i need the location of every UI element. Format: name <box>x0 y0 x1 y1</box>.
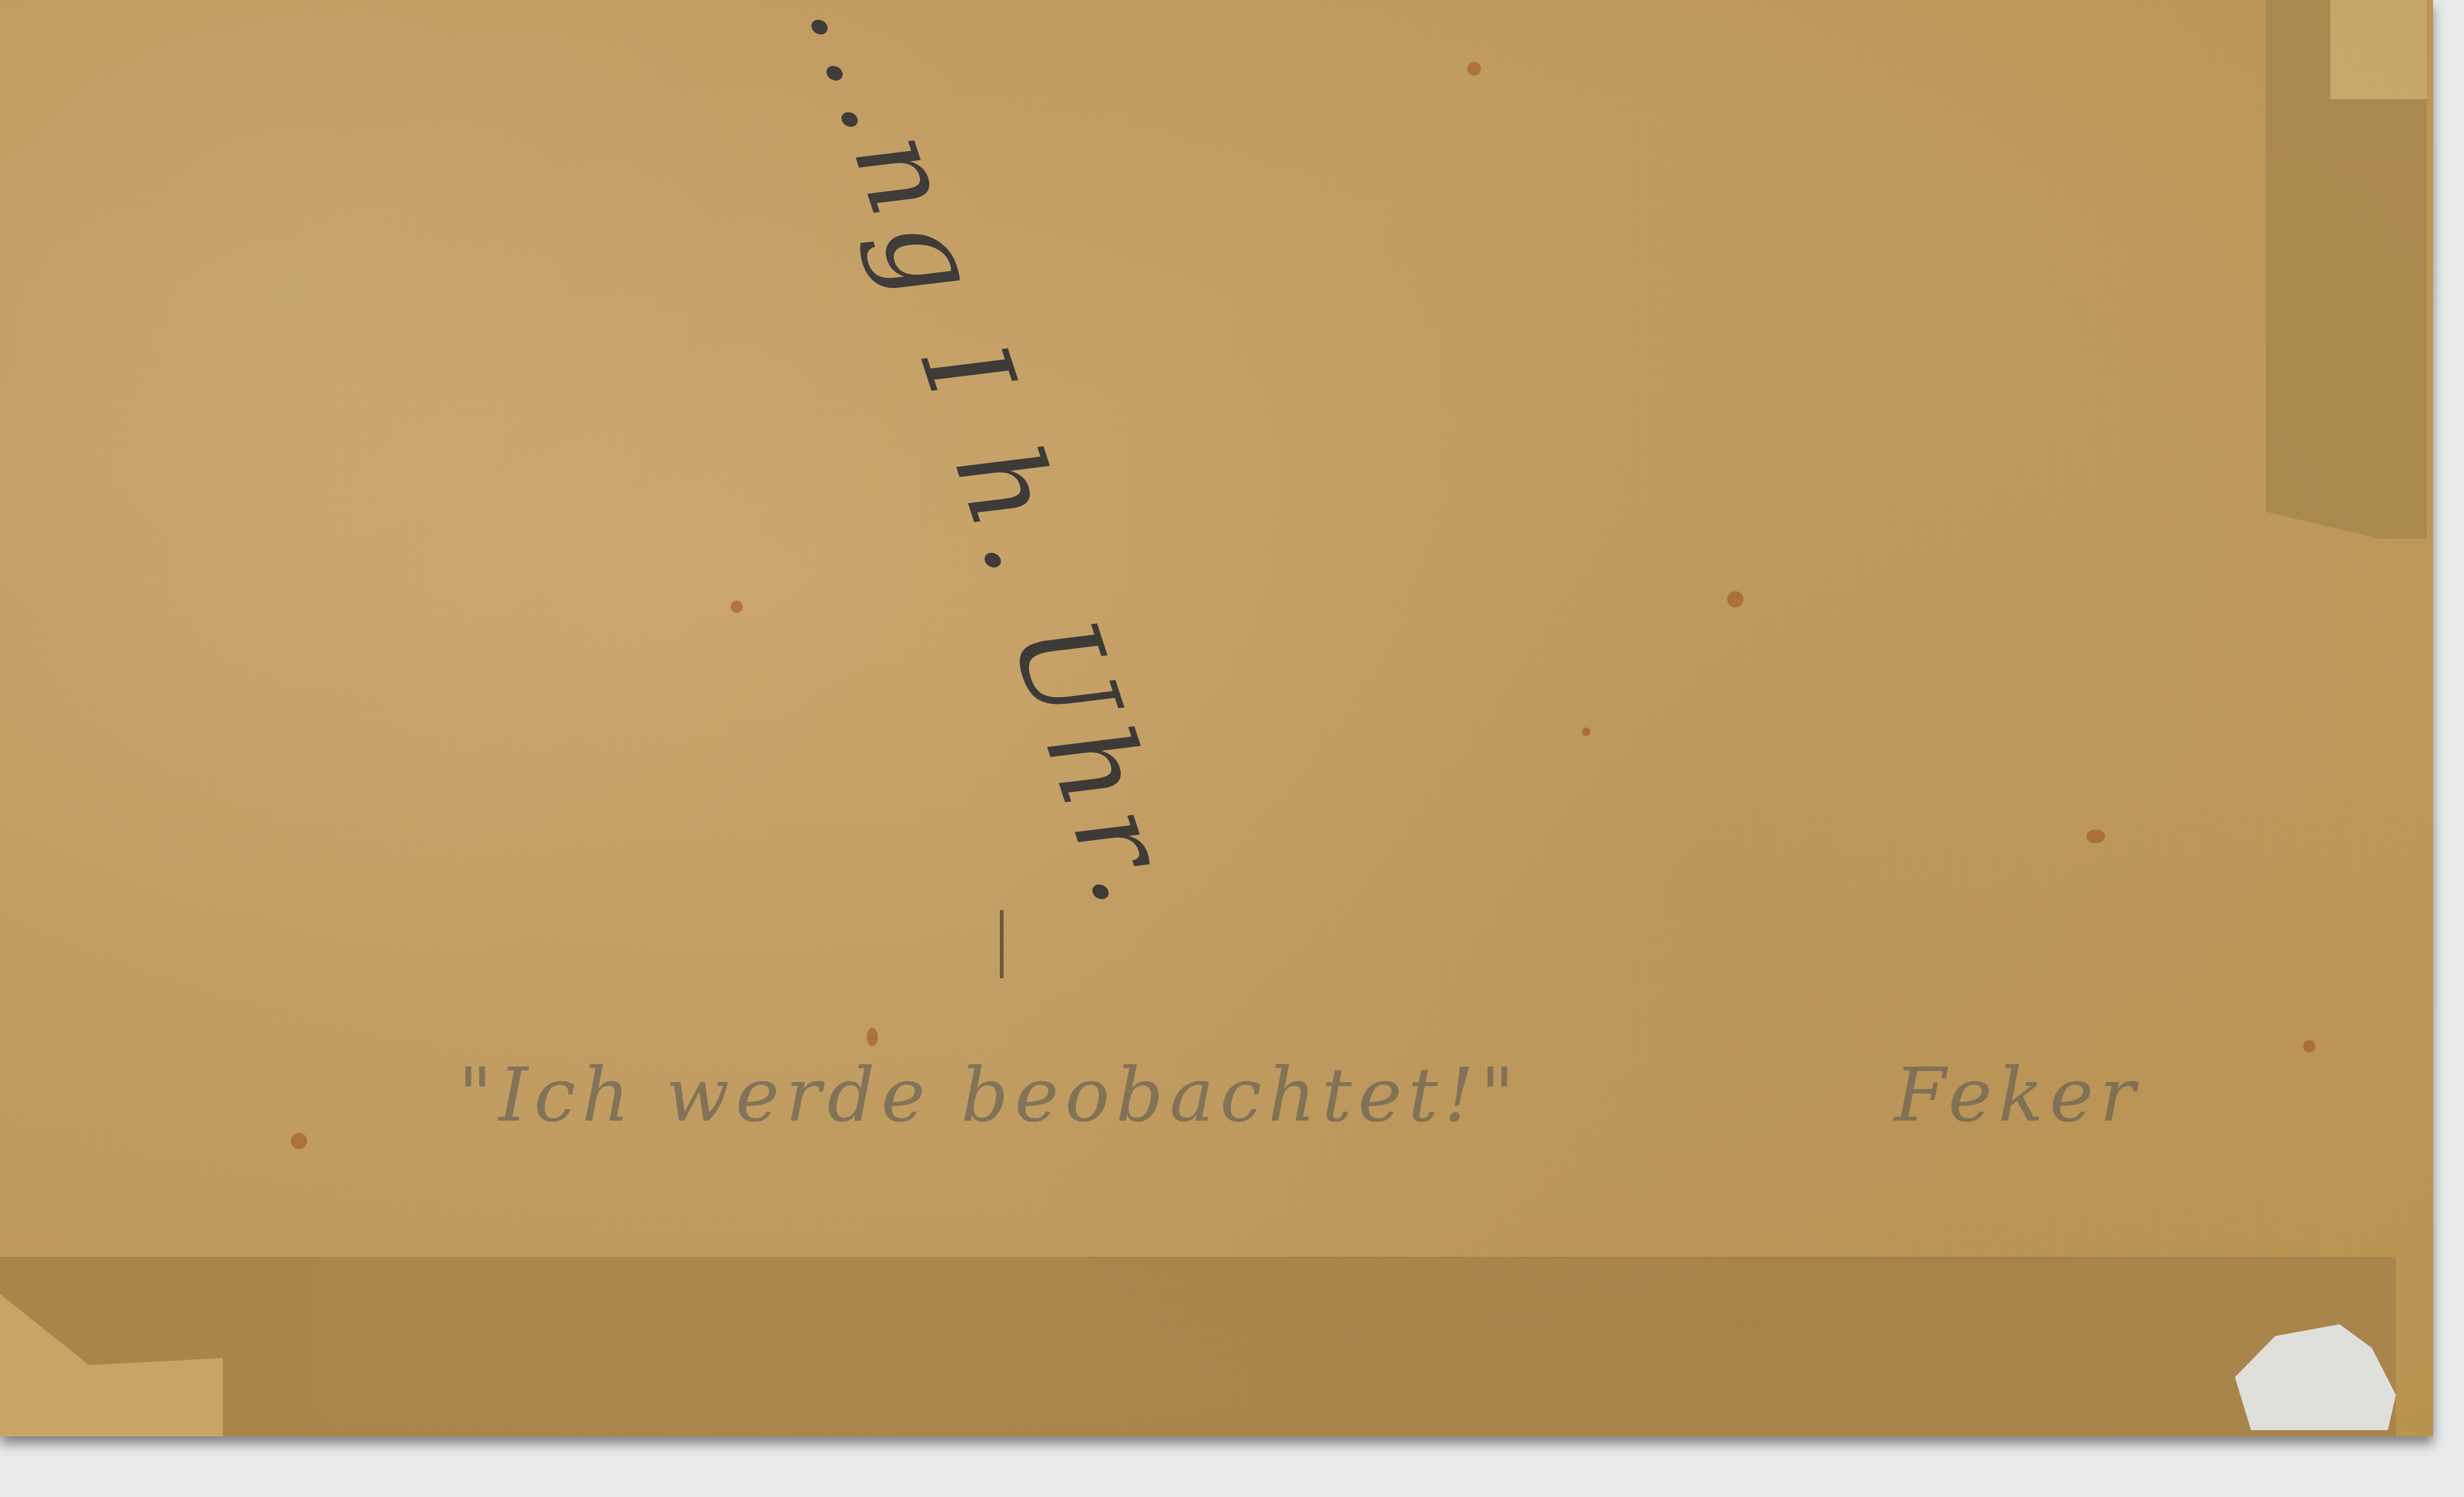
foxing-spot <box>2303 1040 2315 1052</box>
paper-tape-right-edge <box>2266 0 2427 539</box>
paper-nick <box>1000 910 1004 978</box>
foxing-spot <box>1467 62 1481 76</box>
pencil-vertical-note: ...ng I h. Uhr. <box>781 0 1207 931</box>
foxing-spot <box>731 601 743 613</box>
pencil-signature: Feker <box>1894 1052 2141 1139</box>
foxing-spot <box>867 1028 878 1046</box>
foxing-spot <box>1582 727 1590 736</box>
paper-mount: ...ng I h. Uhr. "Ich werde beobachtet!" … <box>0 0 2433 1436</box>
foxing-spot <box>1727 591 1743 607</box>
foxing-spot <box>291 1133 307 1149</box>
foxing-spot <box>2086 830 2105 843</box>
torn-white-corner <box>2235 1313 2396 1430</box>
pencil-caption: "Ich werde beobachtet!" <box>458 1052 1520 1139</box>
paper-tape-bottom-edge <box>0 1257 2396 1436</box>
